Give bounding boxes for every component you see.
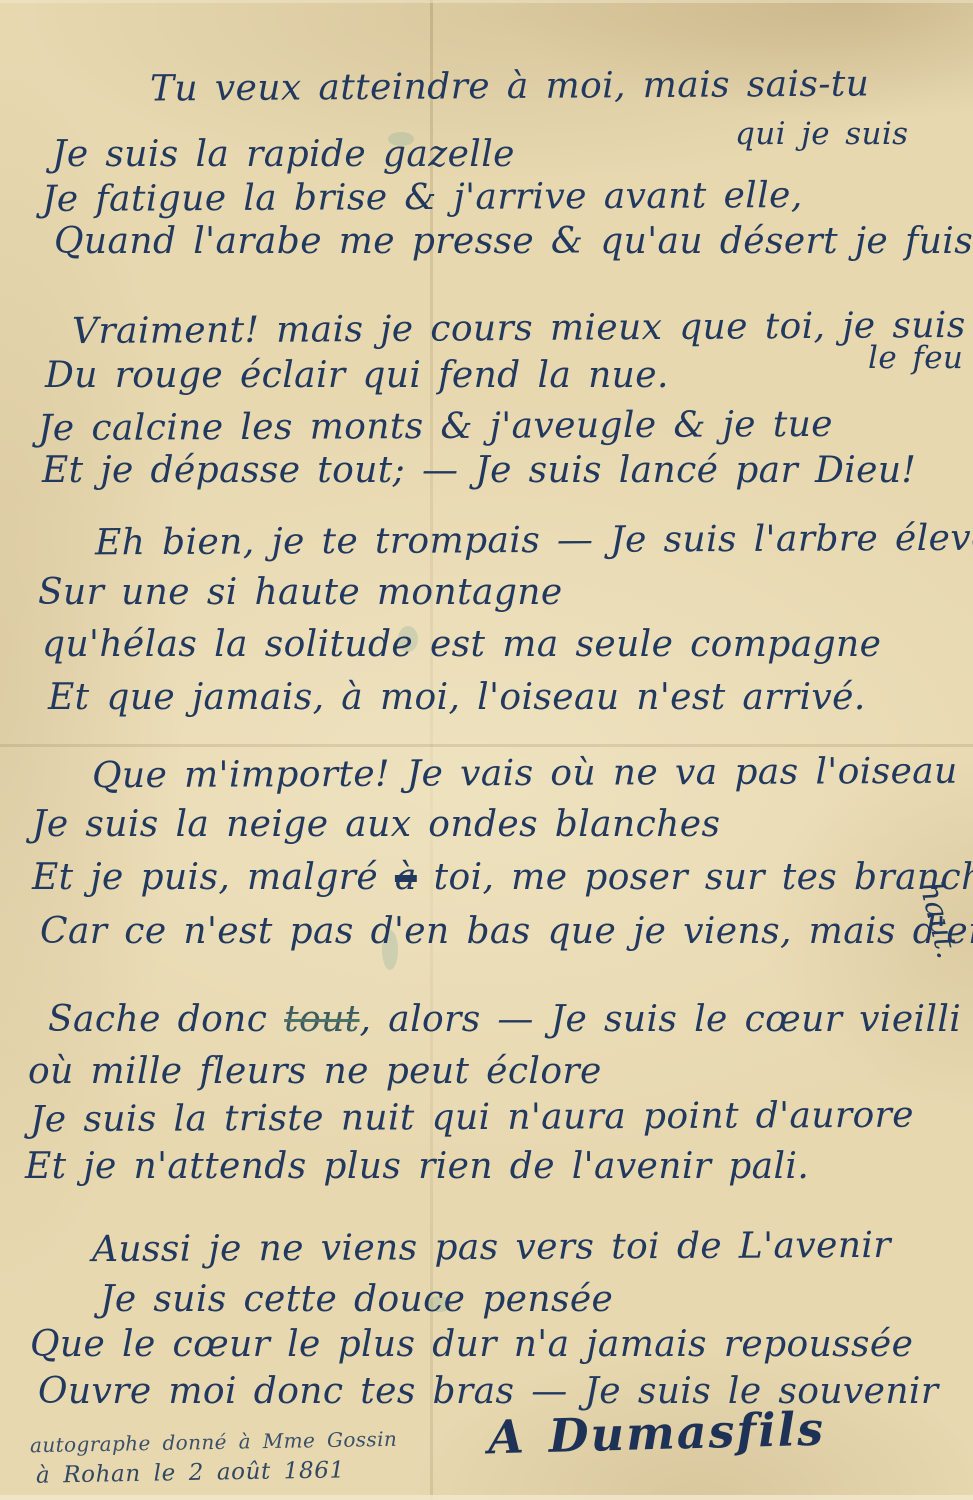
poem-line: Je suis la neige aux ondes blanches [32, 804, 720, 845]
crossed-out-word: à [395, 857, 417, 898]
poem-segment: , alors — Je suis le cœur vieilli [360, 999, 962, 1040]
poem-line-carryover: le feu [868, 340, 963, 376]
poem-line: Je suis la rapide gazelle [52, 134, 515, 175]
poem-segment: Sache donc [48, 999, 284, 1040]
poem-line: Et je n'attends plus rien de l'avenir pa… [25, 1146, 809, 1187]
paper-edge-bottom [0, 1495, 973, 1500]
poem-line: Car ce n'est pas d'en bas que je viens, … [40, 911, 973, 952]
poem-line: Quand l'arabe me presse & qu'au désert j… [54, 221, 973, 262]
poem-line: Du rouge éclair qui fend la nue. [45, 355, 669, 396]
poem-segment: Et je puis, malgré [32, 857, 395, 898]
fold-crease-horizontal [0, 744, 973, 747]
poem-line: Que le cœur le plus dur n'a jamais repou… [30, 1324, 913, 1365]
poem-line: Eh bien, je te trompais — Je suis l'arbr… [95, 518, 973, 564]
poem-line: qu'hélas la solitude est ma seule compag… [42, 624, 881, 665]
poem-line: Je fatigue la brise & j'arrive avant ell… [42, 175, 803, 220]
poem-line: Et je puis, malgré à toi, me poser sur t… [32, 857, 973, 898]
date-line: à Rohan le 2 août 1861 [36, 1457, 345, 1488]
paper-edge-top [0, 0, 973, 3]
poem-line: Je suis cette douce pensée [100, 1279, 613, 1320]
signature: A Dumasfils [487, 1402, 825, 1465]
poem-line: Je suis la triste nuit qui n'aura point … [30, 1095, 914, 1141]
poem-line: Et que jamais, à moi, l'oiseau n'est arr… [48, 677, 866, 718]
poem-line: Je calcine les monts & j'aveugle & je tu… [38, 404, 833, 449]
poem-line-carryover: qui je suis [735, 116, 909, 152]
poem-line: Que m'importe! Je vais où ne va pas l'oi… [92, 751, 958, 797]
poem-line: où mille fleurs ne peut éclore [28, 1051, 602, 1092]
poem-line: Sache donc tout, alors — Je suis le cœur… [48, 999, 961, 1040]
provenance-note: autographe donné à Mme Gossin [30, 1427, 398, 1457]
poem-line: Tu veux atteindre à moi, mais sais-tu [150, 63, 870, 109]
poem-line: Sur une si haute montagne [38, 572, 563, 613]
crossed-out-word: tout [284, 999, 359, 1040]
poem-line: Et je dépasse tout; — Je suis lancé par … [42, 450, 916, 491]
letter-page: Tu veux atteindre à moi, mais sais-tu qu… [0, 0, 973, 1500]
poem-line: Vraiment! mais je cours mieux que toi, j… [72, 305, 966, 352]
poem-segment: toi, me poser sur tes branches [417, 857, 973, 898]
poem-line: Aussi je ne viens pas vers toi de L'aven… [92, 1225, 891, 1270]
